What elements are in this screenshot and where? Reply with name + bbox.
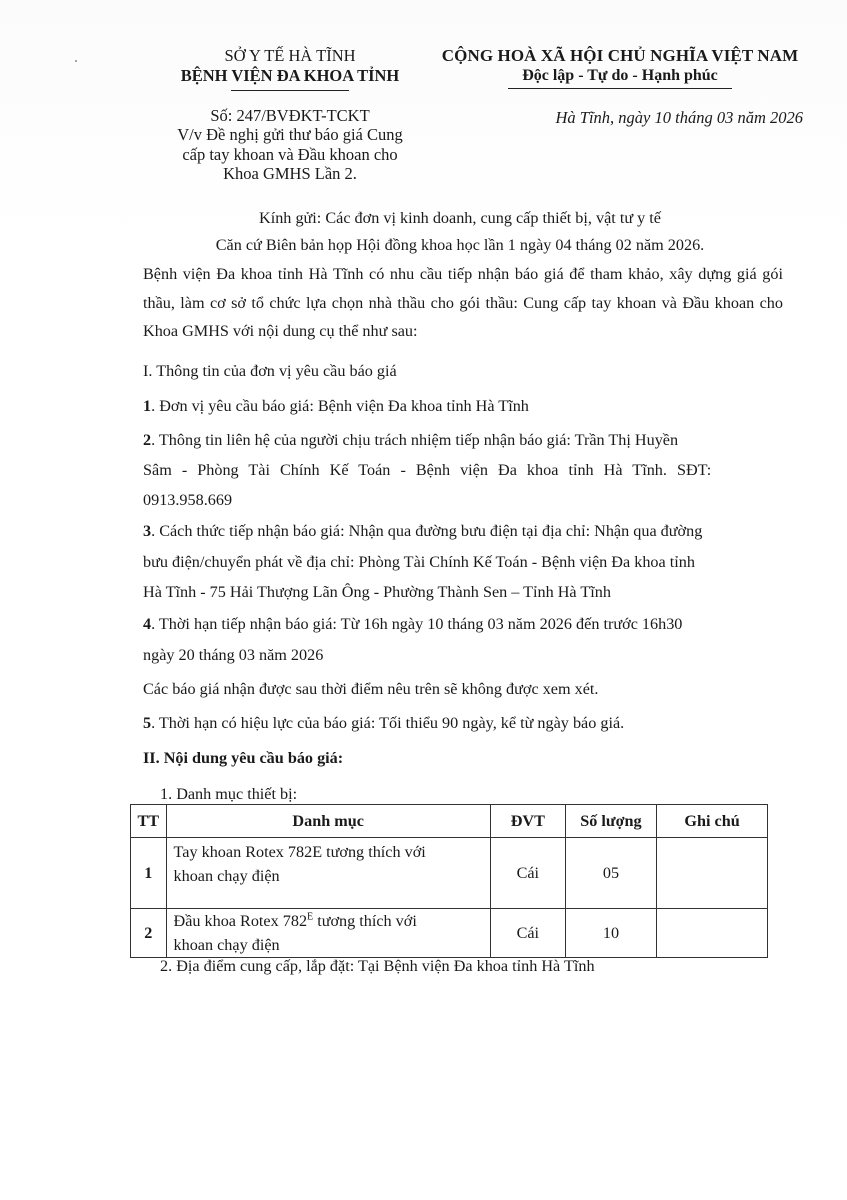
- recipient-line: Kính gửi: Các đơn vị kinh doanh, cung cấ…: [130, 208, 790, 228]
- info-item-1: 1. Đơn vị yêu cầu báo giá: Bệnh viện Đa …: [143, 396, 788, 416]
- legal-basis-line: Căn cứ Biên bản họp Hội đồng khoa học lầ…: [130, 235, 790, 255]
- item-number: 3: [143, 522, 151, 540]
- section-1-title: I. Thông tin của đơn vị yêu cầu báo giá: [143, 361, 788, 381]
- item-number: 4: [143, 615, 151, 633]
- item-name-line: Đầu khoa Rotex 782E tương thích với: [174, 909, 484, 933]
- cell-tt: 1: [131, 838, 167, 909]
- organization-name: BỆNH VIỆN ĐA KHOA TỈNH: [130, 66, 450, 86]
- info-item-3-line-3: Hà Tĩnh - 75 Hải Thượng Lãn Ông - Phường…: [143, 582, 788, 602]
- cell-note: [657, 838, 768, 909]
- cell-unit: Cái: [490, 909, 565, 958]
- col-header-tt: TT: [131, 805, 167, 838]
- item-number: 5: [143, 714, 151, 732]
- document-subject: V/v Đề nghị gửi thư báo giá Cung cấp tay…: [173, 125, 408, 184]
- issuer-header: SỞ Y TẾ HÀ TĨNH BỆNH VIỆN ĐA KHOA TỈNH S…: [130, 46, 450, 184]
- cell-tt: 2: [131, 909, 167, 958]
- cell-quantity: 05: [565, 838, 656, 909]
- motto-underline: [508, 88, 732, 89]
- info-item-2-line-3: 0913.958.669: [143, 490, 788, 510]
- sub-item-delivery-location: 2. Địa điểm cung cấp, lắp đặt: Tại Bệnh …: [160, 956, 595, 976]
- item-name-line: Tay khoan Rotex 782E tương thích với: [174, 840, 484, 864]
- subject-line: Khoa GMHS Lần 2.: [173, 164, 408, 184]
- intro-paragraph: Bệnh viện Đa khoa tỉnh Hà Tĩnh có nhu cầ…: [143, 260, 783, 346]
- item-name-line: khoan chạy điện: [174, 864, 484, 888]
- info-item-3: 3. Cách thức tiếp nhận báo giá: Nhận qua…: [143, 521, 788, 541]
- item-name-text: tương thích với: [313, 912, 417, 930]
- table-row: 1 Tay khoan Rotex 782E tương thích với k…: [131, 838, 768, 909]
- section-2-title: II. Nội dung yêu cầu báo giá:: [143, 748, 788, 768]
- national-motto: Độc lập - Tự do - Hạnh phúc: [420, 66, 820, 86]
- late-notice: Các báo giá nhận được sau thời điểm nêu …: [143, 679, 788, 699]
- cell-unit: Cái: [490, 838, 565, 909]
- cell-quantity: 10: [565, 909, 656, 958]
- place-date: Hà Tĩnh, ngày 10 tháng 03 năm 2026: [470, 108, 803, 128]
- item-name-line: khoan chạy điện: [174, 933, 484, 957]
- cell-item-name: Tay khoan Rotex 782E tương thích với kho…: [166, 838, 490, 909]
- document-number: Số: 247/BVĐKT-TCKT: [130, 106, 450, 125]
- col-header-item: Danh mục: [166, 805, 490, 838]
- cell-item-name: Đầu khoa Rotex 782E tương thích với khoa…: [166, 909, 490, 958]
- cell-note: [657, 909, 768, 958]
- info-item-4: 4. Thời hạn tiếp nhận báo giá: Từ 16h ng…: [143, 614, 788, 634]
- nation-title: CỘNG HOÀ XÃ HỘI CHỦ NGHĨA VIỆT NAM: [420, 46, 820, 66]
- info-item-2-line-2: Sâm - Phòng Tài Chính Kế Toán - Bệnh việ…: [143, 460, 788, 480]
- table-header-row: TT Danh mục ĐVT Số lượng Ghi chú: [131, 805, 768, 838]
- item-text: . Đơn vị yêu cầu báo giá: Bệnh viện Đa k…: [151, 397, 529, 415]
- table-row: 2 Đầu khoa Rotex 782E tương thích với kh…: [131, 909, 768, 958]
- info-item-5: 5. Thời hạn có hiệu lực của báo giá: Tối…: [143, 713, 788, 733]
- col-header-quantity: Số lượng: [565, 805, 656, 838]
- item-name-text: Đầu khoa Rotex 782: [174, 912, 308, 930]
- item-number: 1: [143, 397, 151, 415]
- col-header-unit: ĐVT: [490, 805, 565, 838]
- subject-line: V/v Đề nghị gửi thư báo giá Cung: [173, 125, 408, 145]
- equipment-table: TT Danh mục ĐVT Số lượng Ghi chú 1 Tay k…: [130, 804, 768, 958]
- subject-line: cấp tay khoan và Đầu khoan cho: [173, 145, 408, 165]
- agency-name: SỞ Y TẾ HÀ TĨNH: [130, 46, 450, 66]
- info-item-4-line-2: ngày 20 tháng 03 năm 2026: [143, 645, 788, 665]
- scan-speck: [75, 60, 77, 62]
- info-item-2: 2. Thông tin liên hệ của người chịu trác…: [143, 430, 788, 450]
- document-page: SỞ Y TẾ HÀ TĨNH BỆNH VIỆN ĐA KHOA TỈNH S…: [0, 0, 847, 1200]
- item-number: 2: [143, 431, 151, 449]
- item-text: . Thời hạn có hiệu lực của báo giá: Tối …: [151, 714, 624, 732]
- info-item-3-line-2: bưu điện/chuyển phát về địa chỉ: Phòng T…: [143, 552, 788, 572]
- item-text: . Thông tin liên hệ của người chịu trách…: [151, 431, 678, 449]
- issuer-underline: [231, 90, 349, 91]
- item-text: . Thời hạn tiếp nhận báo giá: Từ 16h ngà…: [151, 615, 682, 633]
- col-header-note: Ghi chú: [657, 805, 768, 838]
- item-text: . Cách thức tiếp nhận báo giá: Nhận qua …: [151, 522, 702, 540]
- sub-item-equipment-list: 1. Danh mục thiết bị:: [160, 784, 297, 804]
- national-header: CỘNG HOÀ XÃ HỘI CHỦ NGHĨA VIỆT NAM Độc l…: [420, 46, 820, 89]
